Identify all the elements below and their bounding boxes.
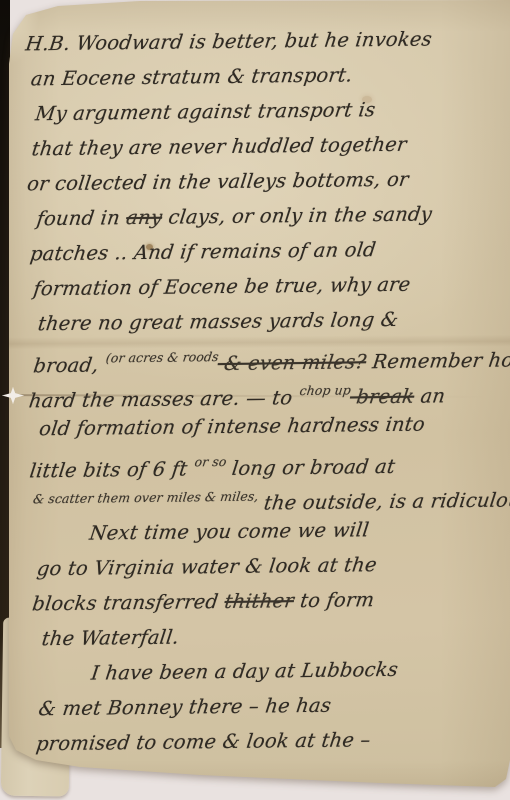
handwriting-line: go to Virginia water & look at the: [35, 545, 510, 586]
handwriting-segment: promised to come & look at the –: [35, 728, 372, 755]
handwriting-line: blocks transferred thither to form: [30, 580, 510, 621]
handwriting-segment: or collected in the valleys bottoms, or: [26, 168, 410, 196]
handwriting-line: My argument against transport is: [33, 90, 510, 131]
handwriting-segment: that they are never huddled together: [30, 133, 408, 161]
handwriting-segment: an: [413, 384, 447, 407]
handwriting-line: H.B. Woodward is better, but he invokes: [23, 20, 510, 61]
handwriting-line: & scatter them over miles & miles, the o…: [31, 475, 510, 516]
handwriting-segment: go to Virginia water & look at the: [36, 553, 379, 580]
letter-page: H.B. Woodward is better, but he invokesa…: [0, 0, 510, 800]
handwriting-line: that they are never huddled together: [30, 125, 510, 166]
handwriting-segment-strike: any: [125, 206, 164, 229]
handwriting-segment: broad,: [32, 353, 106, 377]
handwriting-line: old formation of intense hardness into: [37, 405, 510, 446]
handwriting-segment: little bits of 6 ft: [28, 457, 195, 482]
handwriting-segment: Remember how: [365, 348, 510, 373]
handwriting-segment: found in: [35, 206, 128, 230]
letter-scan: H.B. Woodward is better, but he invokesa…: [0, 0, 510, 800]
letter-text: H.B. Woodward is better, but he invokesa…: [0, 0, 510, 762]
handwriting-line: promised to come & look at the –: [34, 720, 510, 761]
handwriting-segment: blocks transferred: [31, 590, 226, 615]
handwriting-line: an Eocene stratum & transport.: [29, 55, 510, 96]
handwriting-line: Next time you come we will: [87, 510, 510, 551]
handwriting-segment: My argument against transport is: [34, 98, 377, 125]
handwriting-segment: formation of Eocene be true, why are: [32, 273, 412, 301]
handwriting-segment-strike: break: [349, 385, 416, 409]
handwriting-segment-sup: chop up: [299, 382, 352, 398]
handwriting-segment: & met Bonney there – he has: [37, 694, 332, 721]
handwriting-line: I have been a day at Lubbocks: [89, 650, 510, 691]
handwriting-segment-sup: & scatter them over miles & miles,: [32, 489, 259, 507]
handwriting-segment: there no great masses yards long &: [37, 308, 400, 335]
handwriting-segment-strike: thither: [223, 589, 295, 613]
handwriting-line: found in any clays, or only in the sandy: [35, 195, 510, 236]
handwriting-segment-sup: (or acres & roods: [105, 349, 220, 365]
handwriting-line: there no great masses yards long &: [36, 300, 510, 341]
handwriting-line: little bits of 6 ft or so long or broad …: [29, 440, 510, 481]
handwriting-line: the Waterfall.: [40, 615, 510, 656]
handwriting-segment: Next time you come we will: [88, 518, 370, 544]
handwriting-line: hard the masses are. — to chop up break …: [28, 370, 510, 411]
handwriting-segment: clays, or only in the sandy: [161, 202, 434, 228]
handwriting-segment: to form: [292, 588, 375, 612]
handwriting-line: patches .. And if remains of an old: [28, 230, 510, 271]
handwriting-segment-strike: & even miles?: [216, 350, 367, 375]
handwriting-segment-sup: or so: [194, 454, 228, 469]
handwriting-line: formation of Eocene be true, why are: [31, 265, 510, 306]
handwriting-line: or collected in the valleys bottoms, or: [25, 160, 510, 201]
handwriting-segment: H.B. Woodward is better, but he invokes: [24, 27, 433, 55]
handwriting-segment: patches .. And if remains of an old: [29, 238, 378, 265]
handwriting-segment: old formation of intense hardness into: [38, 413, 426, 441]
handwriting-segment: I have been a day at Lubbocks: [90, 658, 400, 685]
paper-wrap: H.B. Woodward is better, but he invokesa…: [0, 0, 510, 800]
handwriting-segment: an Eocene stratum & transport.: [30, 63, 354, 90]
handwriting-line: & met Bonney there – he has: [37, 685, 510, 726]
handwriting-line: broad, (or acres & roods & even miles? R…: [32, 335, 510, 376]
handwriting-segment: the Waterfall.: [40, 626, 180, 651]
